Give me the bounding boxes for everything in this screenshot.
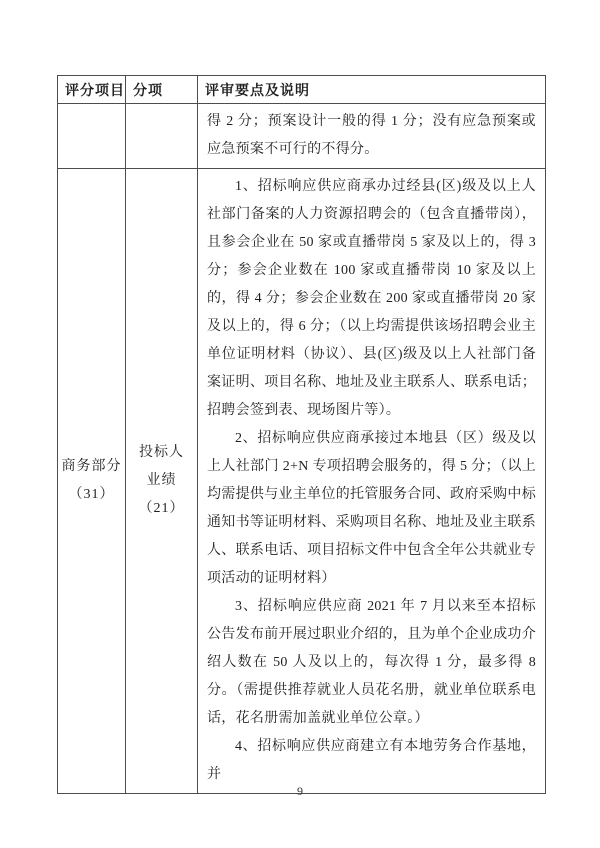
- table-header-row: 评分项目 分项 评审要点及说明: [58, 76, 546, 104]
- cell-review-points-performance: 1、招标响应供应商承办过经县(区)级及以上人社部门备案的人力资源招聘会的（包含直…: [198, 169, 546, 794]
- table-row-continuation: 得 2 分；预案设计一般的得 1 分；没有应急预案或应急预案不可行的不得分。: [58, 104, 546, 169]
- paragraph-1-recruitment-fairs: 1、招标响应供应商承办过经县(区)级及以上人社部门备案的人力资源招聘会的（包含直…: [207, 173, 536, 425]
- page-number: 9: [0, 784, 600, 799]
- paragraph-2-special-recruitment-service: 2、招标响应供应商承接过本地县（区）级及以上人社部门 2+N 专项招聘会服务的，…: [207, 425, 536, 593]
- cell-scoring-item-empty: [58, 104, 126, 169]
- paragraph-4-labor-cooperation-base: 4、招标响应供应商建立有本地劳务合作基地，并: [207, 733, 536, 789]
- paragraph-3-job-introduction: 3、招标响应供应商 2021 年 7 月以来至本招标公告发布前开展过职业介绍的，…: [207, 593, 536, 733]
- table-row-business-section: 商务部分 （31） 投标人 业绩 （21） 1、招标响应供应商承办过经县(区)级…: [58, 169, 546, 794]
- col-header-scoring-item: 评分项目: [58, 76, 126, 104]
- document-page: 评分项目 分项 评审要点及说明 得 2 分；预案设计一般的得 1 分；没有应急预…: [0, 0, 600, 848]
- evaluation-table: 评分项目 分项 评审要点及说明 得 2 分；预案设计一般的得 1 分；没有应急预…: [57, 75, 546, 794]
- cell-scoring-item-business: 商务部分 （31）: [58, 169, 126, 794]
- cell-sub-item-bidder-performance: 投标人 业绩 （21）: [126, 169, 198, 794]
- col-header-review-points: 评审要点及说明: [198, 76, 546, 104]
- col-header-sub-item: 分项: [126, 76, 198, 104]
- paragraph-continuation: 得 2 分；预案设计一般的得 1 分；没有应急预案或应急预案不可行的不得分。: [207, 108, 536, 164]
- cell-review-points-continuation: 得 2 分；预案设计一般的得 1 分；没有应急预案或应急预案不可行的不得分。: [198, 104, 546, 169]
- cell-sub-item-empty: [126, 104, 198, 169]
